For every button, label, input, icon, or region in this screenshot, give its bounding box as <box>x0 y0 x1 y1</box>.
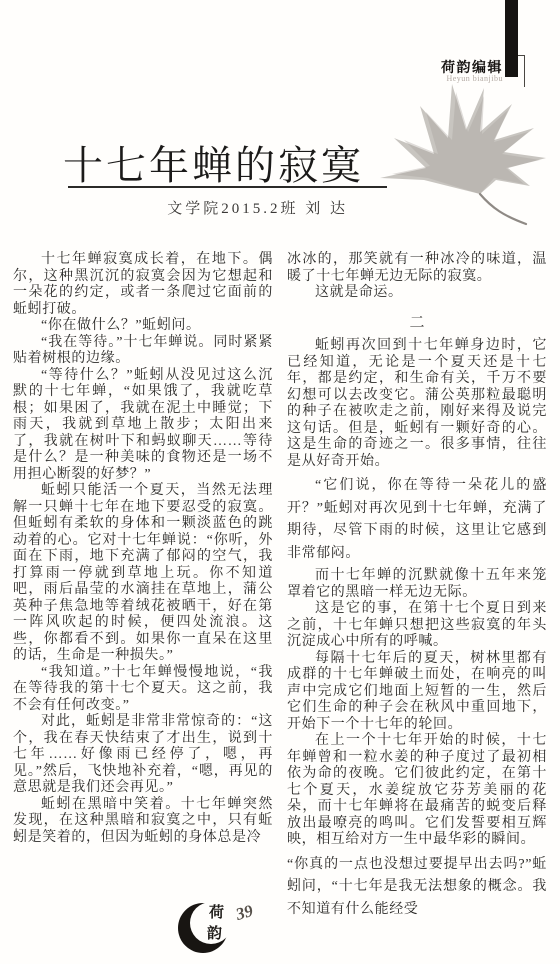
section-heading: 二 <box>287 315 547 332</box>
paragraph: 蚯蚓再次回到十七年蝉身边时，它已经知道，无论是一个夏天还是十七年，都是约定，和生… <box>287 338 547 470</box>
paragraph: “你真的一点也没想过要提早出去吗?”蚯蚓问，“十七年是我无法想象的概念。我不知道… <box>287 854 547 922</box>
article-byline: 文学院2015.2班 刘 达 <box>68 197 388 218</box>
article-body: 十七年蝉寂寞成长着，在地下。偶尔，这种黑沉沉的寂寞会因为它想起和一朵花的约定，或… <box>13 252 547 924</box>
paragraph: “你在做什么？”蚯蚓问。 <box>13 318 273 335</box>
paragraph: 而十七年蝉的沉默就像十五年来笼罩着它的黑暗一样无边无际。 <box>287 568 547 601</box>
magazine-page: 荷韵编辑 Heyun bianjibu 十七年蝉的寂寞 文学院2015.2班 刘… <box>0 0 560 964</box>
left-column: 十七年蝉寂寞成长着，在地下。偶尔，这种黑沉沉的寂寞会因为它想起和一朵花的约定，或… <box>13 252 273 924</box>
paragraph: “它们说，你在等待一朵花儿的盛开？”蚯蚓对再次见到十七年蝉，充满了期待，尽管下雨… <box>287 475 547 565</box>
paragraph: 这是它的事，在第十七个夏日到来之前，十七年蝉只想把这些寂寞的年头沉淀成心中所有的… <box>287 601 547 651</box>
right-column: 冰冰的，那笑就有一种冰冷的味道，温暖了十七年蝉无边无际的寂寞。这就是命运。二蚯蚓… <box>287 252 547 924</box>
title-underline <box>68 186 387 188</box>
paragraph: 这就是命运。 <box>287 285 547 302</box>
paragraph: 在上一个十七年开始的时候，十七年蝉曾和一粒水姜的种子度过了最初相依为命的夜晚。它… <box>287 733 547 849</box>
ink-moon-logo: 荷 韵 <box>176 896 276 960</box>
header-black-bar <box>505 0 518 77</box>
paragraph: 十七年蝉寂寞成长着，在地下。偶尔，这种黑沉沉的寂寞会因为它想起和一朵花的约定，或… <box>13 252 273 318</box>
paragraph: 蚯蚓在黑暗中笑着。十七年蝉突然发现，在这种黑暗和寂寞之中，只有蚯蚓是笑着的，但因… <box>13 797 273 847</box>
paragraph: “我知道。”十七年蝉慢慢地说，“我在等待我的第十七个夏天。这之前，我不会有任何改… <box>13 665 273 715</box>
paragraph: 每隔十七年后的夏天，树林里都有成群的十七年蝉破土而处，在响亮的叫声中完成它们地面… <box>287 651 547 734</box>
paragraph: 冰冰的，那笑就有一种冰冷的味道，温暖了十七年蝉无边无际的寂寞。 <box>287 252 547 285</box>
paragraph: “等待什么？”蚯蚓从没见过这么沉默的十七年蝉，“如果饿了，我就吃草根；如果困了，… <box>13 368 273 484</box>
logo-char-top: 荷 <box>209 903 224 921</box>
maple-leaf-icon <box>372 76 560 234</box>
article-title: 十七年蝉的寂寞 <box>63 134 364 191</box>
paragraph: “我在等待。”十七年蝉说。同时紧紧贴着树根的边缘。 <box>13 335 273 368</box>
paragraph: 蚯蚓只能活一个夏天，当然无法理解一只蝉十七年在地下要忍受的寂寞。但蚯蚓有柔软的身… <box>13 483 273 665</box>
paragraph: 对此，蚯蚓是非常非常惊奇的：“这个，我在春天快结束了才出生，说到十七年……好像雨… <box>13 714 273 797</box>
logo-char-bottom: 韵 <box>207 924 222 942</box>
